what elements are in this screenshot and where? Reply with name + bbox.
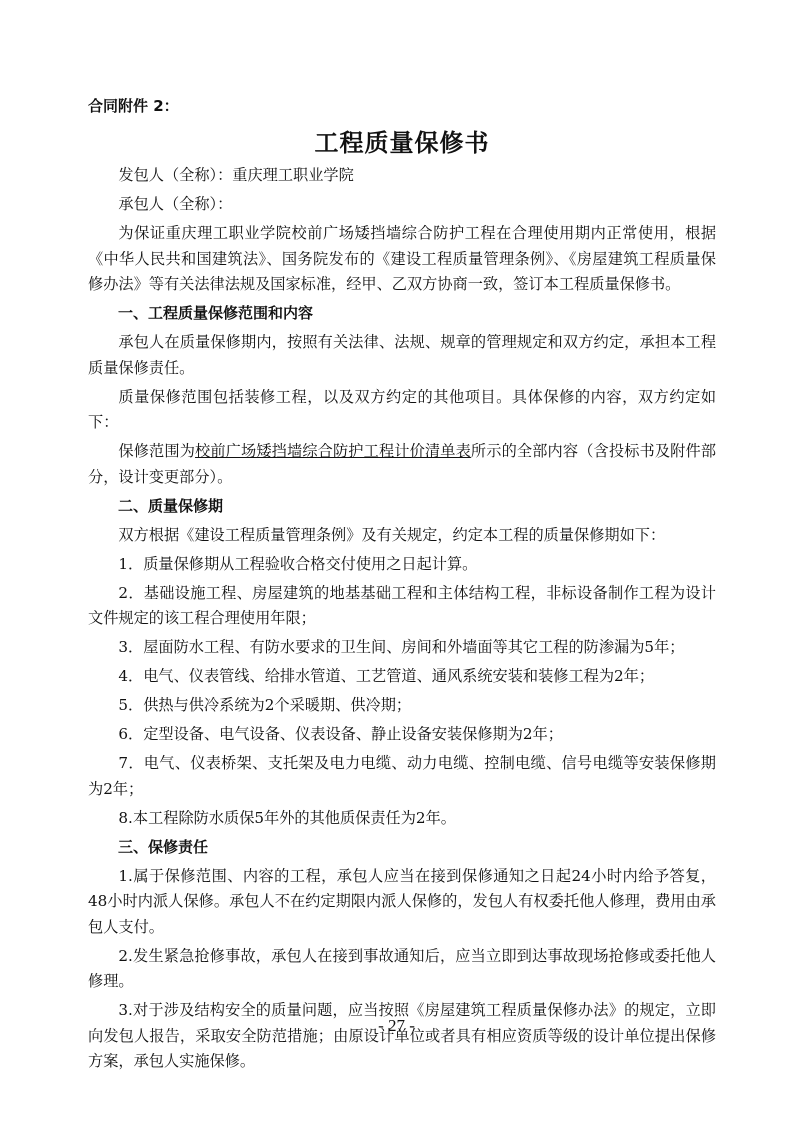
attachment-label: 合同附件 2： xyxy=(88,94,716,119)
warranty-item: 6．定型设备、电气设备、仪表设备、静止设备安装保修期为2年； xyxy=(88,722,716,748)
responsibility-item: 1.属于保修范围、内容的工程，承包人应当在接到保修通知之日起24小时内给予答复，… xyxy=(88,864,716,941)
page-number: - 27 - xyxy=(0,1016,793,1036)
warranty-item: 3．屋面防水工程、有防水要求的卫生间、房间和外墙面等其它工程的防渗漏为5年； xyxy=(88,635,716,661)
document-page: 合同附件 2： 工程质量保修书 发包人（全称）：重庆理工职业学院 承包人（全称）… xyxy=(88,94,716,1075)
scope-underlined-text: 校前广场矮挡墙综合防护工程计价清单表 xyxy=(195,442,471,460)
section-1-heading: 一、工程质量保修范围和内容 xyxy=(88,301,716,327)
warranty-item: 4．电气、仪表管线、给排水管道、工艺管道、通风系统安装和装修工程为2年； xyxy=(88,664,716,690)
intro-paragraph: 为保证重庆理工职业学院校前广场矮挡墙综合防护工程在合理使用期内正常使用，根据《中… xyxy=(88,221,716,298)
section-2-heading: 二、质量保修期 xyxy=(88,494,716,520)
contractor-line: 承包人（全称）： xyxy=(88,192,716,218)
warranty-item: 8.本工程除防水质保5年外的其他质保责任为2年。 xyxy=(88,806,716,832)
warranty-item: 2．基础设施工程、房屋建筑的地基基础工程和主体结构工程，非标设备制作工程为设计文… xyxy=(88,581,716,632)
section-2-intro: 双方根据《建设工程质量管理条例》及有关规定，约定本工程的质量保修期如下： xyxy=(88,523,716,549)
section-3-heading: 三、保修责任 xyxy=(88,835,716,861)
warranty-item: 5．供热与供冷系统为2个采暖期、供冷期； xyxy=(88,693,716,719)
responsibility-item: 3.对于涉及结构安全的质量问题，应当按照《房屋建筑工程质量保修办法》的规定，立即… xyxy=(88,998,716,1075)
scope-prefix: 保修范围为 xyxy=(118,442,195,460)
responsibility-item: 2.发生紧急抢修事故，承包人在接到事故通知后，应当立即到达事故现场抢修或委托他人… xyxy=(88,944,716,995)
section-1-paragraph-2: 质量保修范围包括装修工程，以及双方约定的其他项目。具体保修的内容，双方约定如下： xyxy=(88,385,716,436)
employer-line: 发包人（全称）：重庆理工职业学院 xyxy=(88,163,716,189)
warranty-item: 1．质量保修期从工程验收合格交付使用之日起计算。 xyxy=(88,552,716,578)
section-1-paragraph-3: 保修范围为校前广场矮挡墙综合防护工程计价清单表所示的全部内容（含投标书及附件部分… xyxy=(88,439,716,490)
warranty-item: 7．电气、仪表桥架、支托架及电力电缆、动力电缆、控制电缆、信号电缆等安装保修期为… xyxy=(88,751,716,802)
section-1-paragraph-1: 承包人在质量保修期内，按照有关法律、法规、规章的管理规定和双方约定，承担本工程质… xyxy=(88,330,716,381)
document-title: 工程质量保修书 xyxy=(88,123,716,163)
